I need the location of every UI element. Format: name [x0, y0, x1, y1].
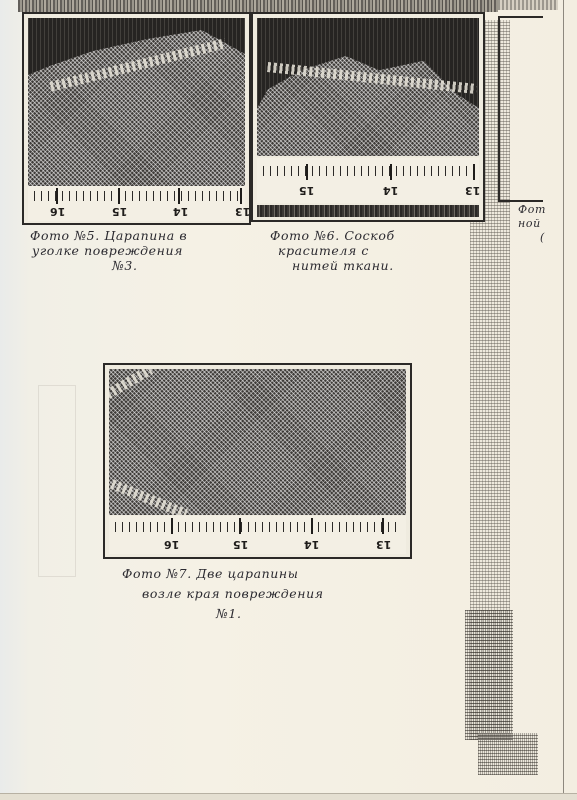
caption-line: нитей ткани. — [270, 258, 395, 273]
top-scan-band-right — [498, 0, 558, 10]
page-overlap-shadow-foot — [478, 733, 538, 775]
photo-6-image — [257, 18, 479, 156]
caption-line: №3. — [30, 258, 187, 273]
ruler-label: 15 — [112, 205, 127, 218]
scanned-page: 16 15 14 13 Фото №5. Царапина в уголке п… — [0, 0, 577, 800]
underlying-page-edge — [563, 0, 564, 800]
caption-line: красителя с — [270, 243, 395, 258]
ruler-label: 13 — [465, 184, 480, 197]
ruler-label: 13 — [235, 205, 250, 218]
caption-line: возле края повреждения — [122, 584, 324, 604]
caption-line: №1. — [122, 604, 324, 624]
photo-7-ruler: 16 15 14 13 — [109, 516, 406, 554]
next-page-caption-fragment: Фот ной ( — [518, 203, 546, 245]
ruler-label: 15 — [233, 538, 248, 551]
photo-6-caption: Фото №6. Соскоб красителя с нитей ткани. — [270, 228, 395, 273]
caption-line: ной — [518, 217, 546, 231]
ruler-label: 14 — [383, 184, 398, 197]
photo-6-ruler: 15 14 13 — [257, 158, 479, 203]
caption-line: ( — [518, 231, 546, 245]
top-scan-band — [18, 0, 498, 12]
caption-line: Фот — [518, 203, 546, 217]
next-page-photo-frame — [498, 16, 543, 202]
photo-5-frame: 16 15 14 13 — [22, 12, 251, 225]
photo-6-bottom-strip — [257, 205, 479, 217]
photo-5-image — [28, 18, 245, 186]
page-overlap-shadow-lower — [465, 610, 513, 740]
photo-5-caption: Фото №5. Царапина в уголке повреждения №… — [30, 228, 187, 273]
ghost-mark — [38, 385, 76, 577]
ruler-label: 14 — [304, 538, 319, 551]
ruler-label: 16 — [164, 538, 179, 551]
ruler-label: 13 — [376, 538, 391, 551]
ruler-label: 15 — [299, 184, 314, 197]
photo-6-frame: 15 14 13 — [251, 12, 485, 222]
photo-7-caption: Фото №7. Две царапины возле края поврежд… — [122, 564, 324, 624]
photo-5-ruler: 16 15 14 13 — [28, 186, 245, 221]
caption-line: Фото №7. Две царапины — [122, 564, 324, 584]
caption-line: Фото №5. Царапина в — [30, 228, 187, 243]
photo-7-frame: 16 15 14 13 — [103, 363, 412, 559]
photo-7-image — [109, 369, 406, 515]
bottom-page-edge — [0, 793, 577, 800]
ruler-label: 16 — [50, 205, 65, 218]
caption-line: уголке повреждения — [30, 243, 187, 258]
ruler-label: 14 — [173, 205, 188, 218]
caption-line: Фото №6. Соскоб — [270, 228, 395, 243]
